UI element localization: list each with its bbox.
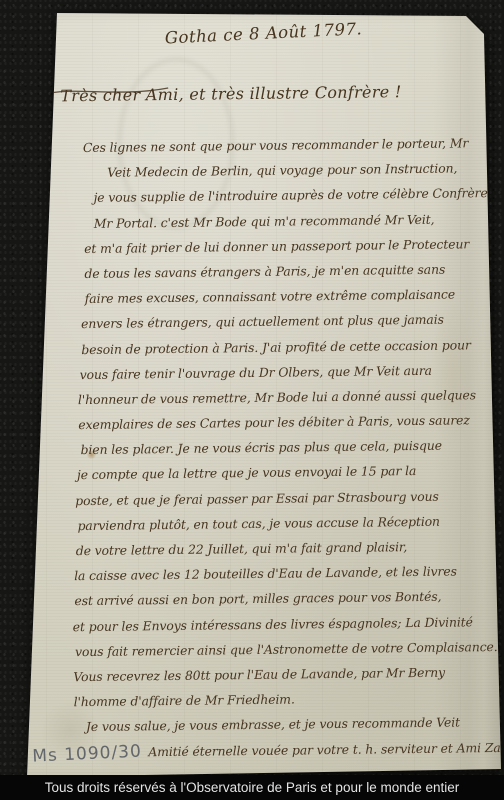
letter-body-line: Vous recevrez les 80tt pour l'Eau de Lav… — [63, 659, 487, 689]
copyright-bar: Tous droits réservés à l'Observatoire de… — [0, 775, 504, 800]
observatory-stamp: OP — [17, 79, 52, 107]
copyright-caption: Tous droits réservés à l'Observatoire de… — [45, 780, 460, 795]
letter-salutation: Très cher Ami, et très illustre Confrère… — [60, 82, 402, 105]
letter-dateline: Gotha ce 8 Août 1797. — [143, 18, 384, 48]
letter-body: Ces lignes ne sont que pour vous recomma… — [57, 130, 489, 765]
letter-sheet: Gotha ce 8 Août 1797. OP Très cher Ami, … — [0, 0, 504, 800]
stamp-op-monogram: OP — [24, 83, 43, 102]
manuscript-photograph: Gotha ce 8 Août 1797. OP Très cher Ami, … — [0, 0, 504, 800]
letter-paper: Gotha ce 8 Août 1797. OP Très cher Ami, … — [0, 0, 504, 800]
letter-body-line: parviendra plutôt, en tout cas, je vous … — [61, 508, 485, 538]
handwriting-layer: Gotha ce 8 Août 1797. OP Très cher Ami, … — [0, 0, 504, 800]
